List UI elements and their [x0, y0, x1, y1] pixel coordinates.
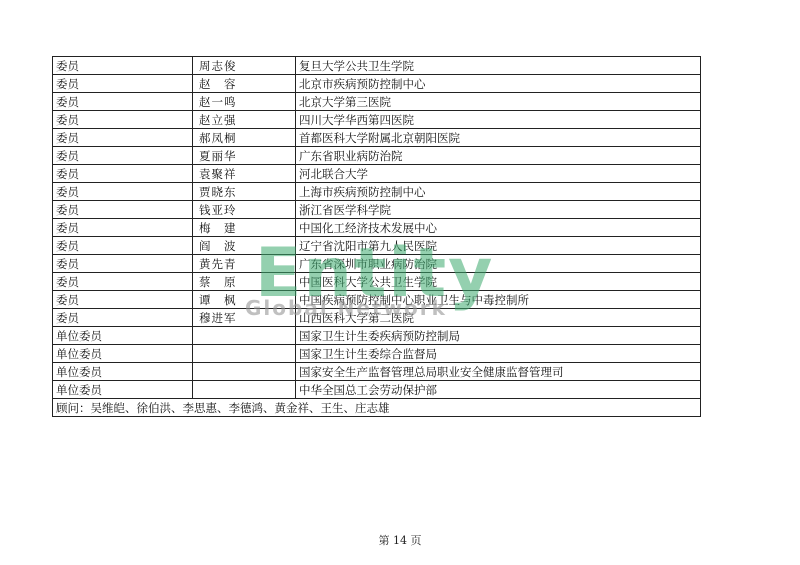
- name-cell: [193, 345, 296, 363]
- name-cell: 钱亚玲: [193, 201, 296, 219]
- role-cell: 委员: [53, 93, 193, 111]
- role-cell: 单位委员: [53, 363, 193, 381]
- organization-cell: 中国医科大学公共卫生学院: [296, 273, 701, 291]
- table-row: 委员贾晓东上海市疾病预防控制中心: [53, 183, 701, 201]
- name-cell: 赵 容: [193, 75, 296, 93]
- table-row: 委员蔡 原中国医科大学公共卫生学院: [53, 273, 701, 291]
- table-row: 委员谭 枫中国疾病预防控制中心职业卫生与中毒控制所: [53, 291, 701, 309]
- organization-cell: 河北联合大学: [296, 165, 701, 183]
- role-cell: 委员: [53, 147, 193, 165]
- name-cell: [193, 327, 296, 345]
- table-row: 单位委员国家安全生产监督管理总局职业安全健康监督管理司: [53, 363, 701, 381]
- name-cell: 黄先青: [193, 255, 296, 273]
- name-cell: 郝凤桐: [193, 129, 296, 147]
- role-cell: 委员: [53, 291, 193, 309]
- advisors-row: 顾问：吴维皑、徐伯洪、李思惠、李德鸿、黄金祥、王生、庄志雄: [53, 399, 701, 417]
- table-row: 委员梅 建中国化工经济技术发展中心: [53, 219, 701, 237]
- name-cell: 梅 建: [193, 219, 296, 237]
- name-cell: 袁聚祥: [193, 165, 296, 183]
- organization-cell: 辽宁省沈阳市第九人民医院: [296, 237, 701, 255]
- table-row: 委员袁聚祥河北联合大学: [53, 165, 701, 183]
- organization-cell: 首都医科大学附属北京朝阳医院: [296, 129, 701, 147]
- name-cell: 赵立强: [193, 111, 296, 129]
- role-cell: 委员: [53, 183, 193, 201]
- table-row: 委员赵 容北京市疾病预防控制中心: [53, 75, 701, 93]
- organization-cell: 四川大学华西第四医院: [296, 111, 701, 129]
- organization-cell: 中华全国总工会劳动保护部: [296, 381, 701, 399]
- role-cell: 单位委员: [53, 345, 193, 363]
- organization-cell: 广东省职业病防治院: [296, 147, 701, 165]
- table-row: 委员穆进军山西医科大学第二医院: [53, 309, 701, 327]
- table-row: 委员赵立强四川大学华西第四医院: [53, 111, 701, 129]
- role-cell: 单位委员: [53, 327, 193, 345]
- role-cell: 委员: [53, 237, 193, 255]
- table-row: 委员黄先青广东省深圳市职业病防治院: [53, 255, 701, 273]
- organization-cell: 复旦大学公共卫生学院: [296, 57, 701, 75]
- table-row: 委员赵一鸣北京大学第三医院: [53, 93, 701, 111]
- role-cell: 委员: [53, 129, 193, 147]
- table-row: 单位委员中华全国总工会劳动保护部: [53, 381, 701, 399]
- name-cell: 贾晓东: [193, 183, 296, 201]
- role-cell: 委员: [53, 165, 193, 183]
- name-cell: 蔡 原: [193, 273, 296, 291]
- role-cell: 委员: [53, 201, 193, 219]
- page-number: 第 14 页: [0, 532, 800, 548]
- name-cell: 阎 波: [193, 237, 296, 255]
- table-row: 单位委员国家卫生计生委疾病预防控制局: [53, 327, 701, 345]
- table-row: 委员阎 波辽宁省沈阳市第九人民医院: [53, 237, 701, 255]
- organization-cell: 广东省深圳市职业病防治院: [296, 255, 701, 273]
- name-cell: 赵一鸣: [193, 93, 296, 111]
- organization-cell: 浙江省医学科学院: [296, 201, 701, 219]
- name-cell: 谭 枫: [193, 291, 296, 309]
- name-cell: 夏丽华: [193, 147, 296, 165]
- organization-cell: 国家卫生计生委综合监督局: [296, 345, 701, 363]
- role-cell: 委员: [53, 309, 193, 327]
- organization-cell: 国家卫生计生委疾病预防控制局: [296, 327, 701, 345]
- name-cell: [193, 381, 296, 399]
- organization-cell: 中国化工经济技术发展中心: [296, 219, 701, 237]
- organization-cell: 山西医科大学第二医院: [296, 309, 701, 327]
- name-cell: 周志俊: [193, 57, 296, 75]
- table-row: 委员周志俊复旦大学公共卫生学院: [53, 57, 701, 75]
- name-cell: 穆进军: [193, 309, 296, 327]
- role-cell: 委员: [53, 57, 193, 75]
- organization-cell: 上海市疾病预防控制中心: [296, 183, 701, 201]
- table-row: 委员夏丽华广东省职业病防治院: [53, 147, 701, 165]
- committee-members-table: 委员周志俊复旦大学公共卫生学院委员赵 容北京市疾病预防控制中心委员赵一鸣北京大学…: [52, 56, 701, 417]
- role-cell: 委员: [53, 273, 193, 291]
- role-cell: 委员: [53, 255, 193, 273]
- advisors-cell: 顾问：吴维皑、徐伯洪、李思惠、李德鸿、黄金祥、王生、庄志雄: [53, 399, 701, 417]
- organization-cell: 国家安全生产监督管理总局职业安全健康监督管理司: [296, 363, 701, 381]
- table-row: 单位委员国家卫生计生委综合监督局: [53, 345, 701, 363]
- role-cell: 单位委员: [53, 381, 193, 399]
- organization-cell: 北京大学第三医院: [296, 93, 701, 111]
- table-row: 委员郝凤桐首都医科大学附属北京朝阳医院: [53, 129, 701, 147]
- organization-cell: 北京市疾病预防控制中心: [296, 75, 701, 93]
- organization-cell: 中国疾病预防控制中心职业卫生与中毒控制所: [296, 291, 701, 309]
- role-cell: 委员: [53, 111, 193, 129]
- role-cell: 委员: [53, 219, 193, 237]
- name-cell: [193, 363, 296, 381]
- role-cell: 委员: [53, 75, 193, 93]
- table-row: 委员钱亚玲浙江省医学科学院: [53, 201, 701, 219]
